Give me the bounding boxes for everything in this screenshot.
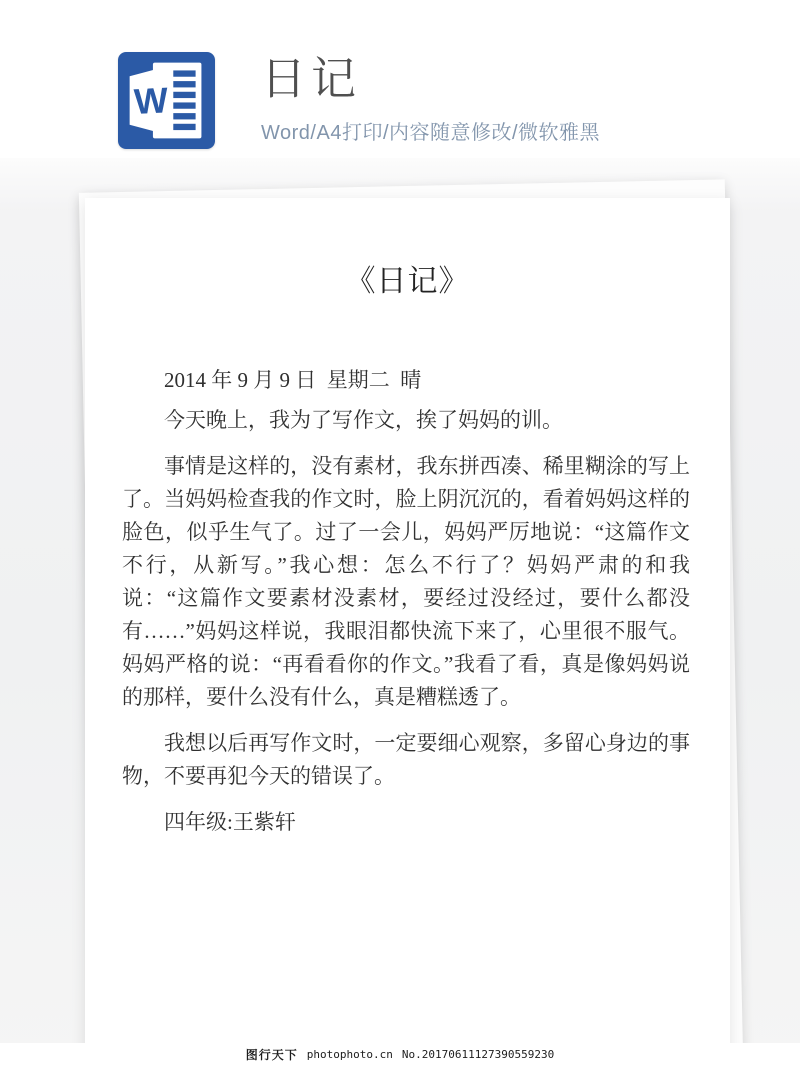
- template-title: 日记: [261, 56, 600, 101]
- watermark-footer: 图行天下 photophoto.cn No.201706111273905592…: [0, 1043, 800, 1065]
- header-text-block: 日记 Word/A4打印/内容随意修改/微软雅黑: [261, 52, 600, 145]
- watermark-site-name: 图行天下: [246, 1046, 298, 1063]
- watermark-site-url: photophoto.cn: [307, 1048, 393, 1061]
- watermark-serial-number: No.20170611127390559230: [402, 1048, 554, 1061]
- diary-paragraph: 事情是这样的，没有素材，我东拼西凑、稀里糊涂的写上了。当妈妈检查我的作文时，脸上…: [122, 450, 690, 714]
- word-logo-icon: W: [118, 52, 215, 149]
- template-subtitle: Word/A4打印/内容随意修改/微软雅黑: [261, 116, 600, 145]
- diary-paragraph: 今天晚上，我为了写作文，挨了妈妈的训。: [122, 404, 690, 437]
- template-header: W 日记 Word/A4打印/内容随意修改/微软雅黑: [118, 52, 600, 149]
- diary-paragraph: 我想以后再写作文时，一定要细心观察，多留心身边的事物，不要再犯今天的错误了。: [122, 727, 690, 793]
- diary-date-line: 2014 年 9 月 9 日 星期二 晴: [122, 364, 690, 397]
- diary-signature: 四年级:王紫轩: [122, 806, 690, 839]
- document-body: 2014 年 9 月 9 日 星期二 晴 今天晚上，我为了写作文，挨了妈妈的训。…: [122, 364, 690, 839]
- document-title: 《日记》: [85, 256, 730, 300]
- svg-text:W: W: [133, 80, 169, 122]
- document-page: 《日记》 2014 年 9 月 9 日 星期二 晴 今天晚上，我为了写作文，挨了…: [85, 198, 730, 1065]
